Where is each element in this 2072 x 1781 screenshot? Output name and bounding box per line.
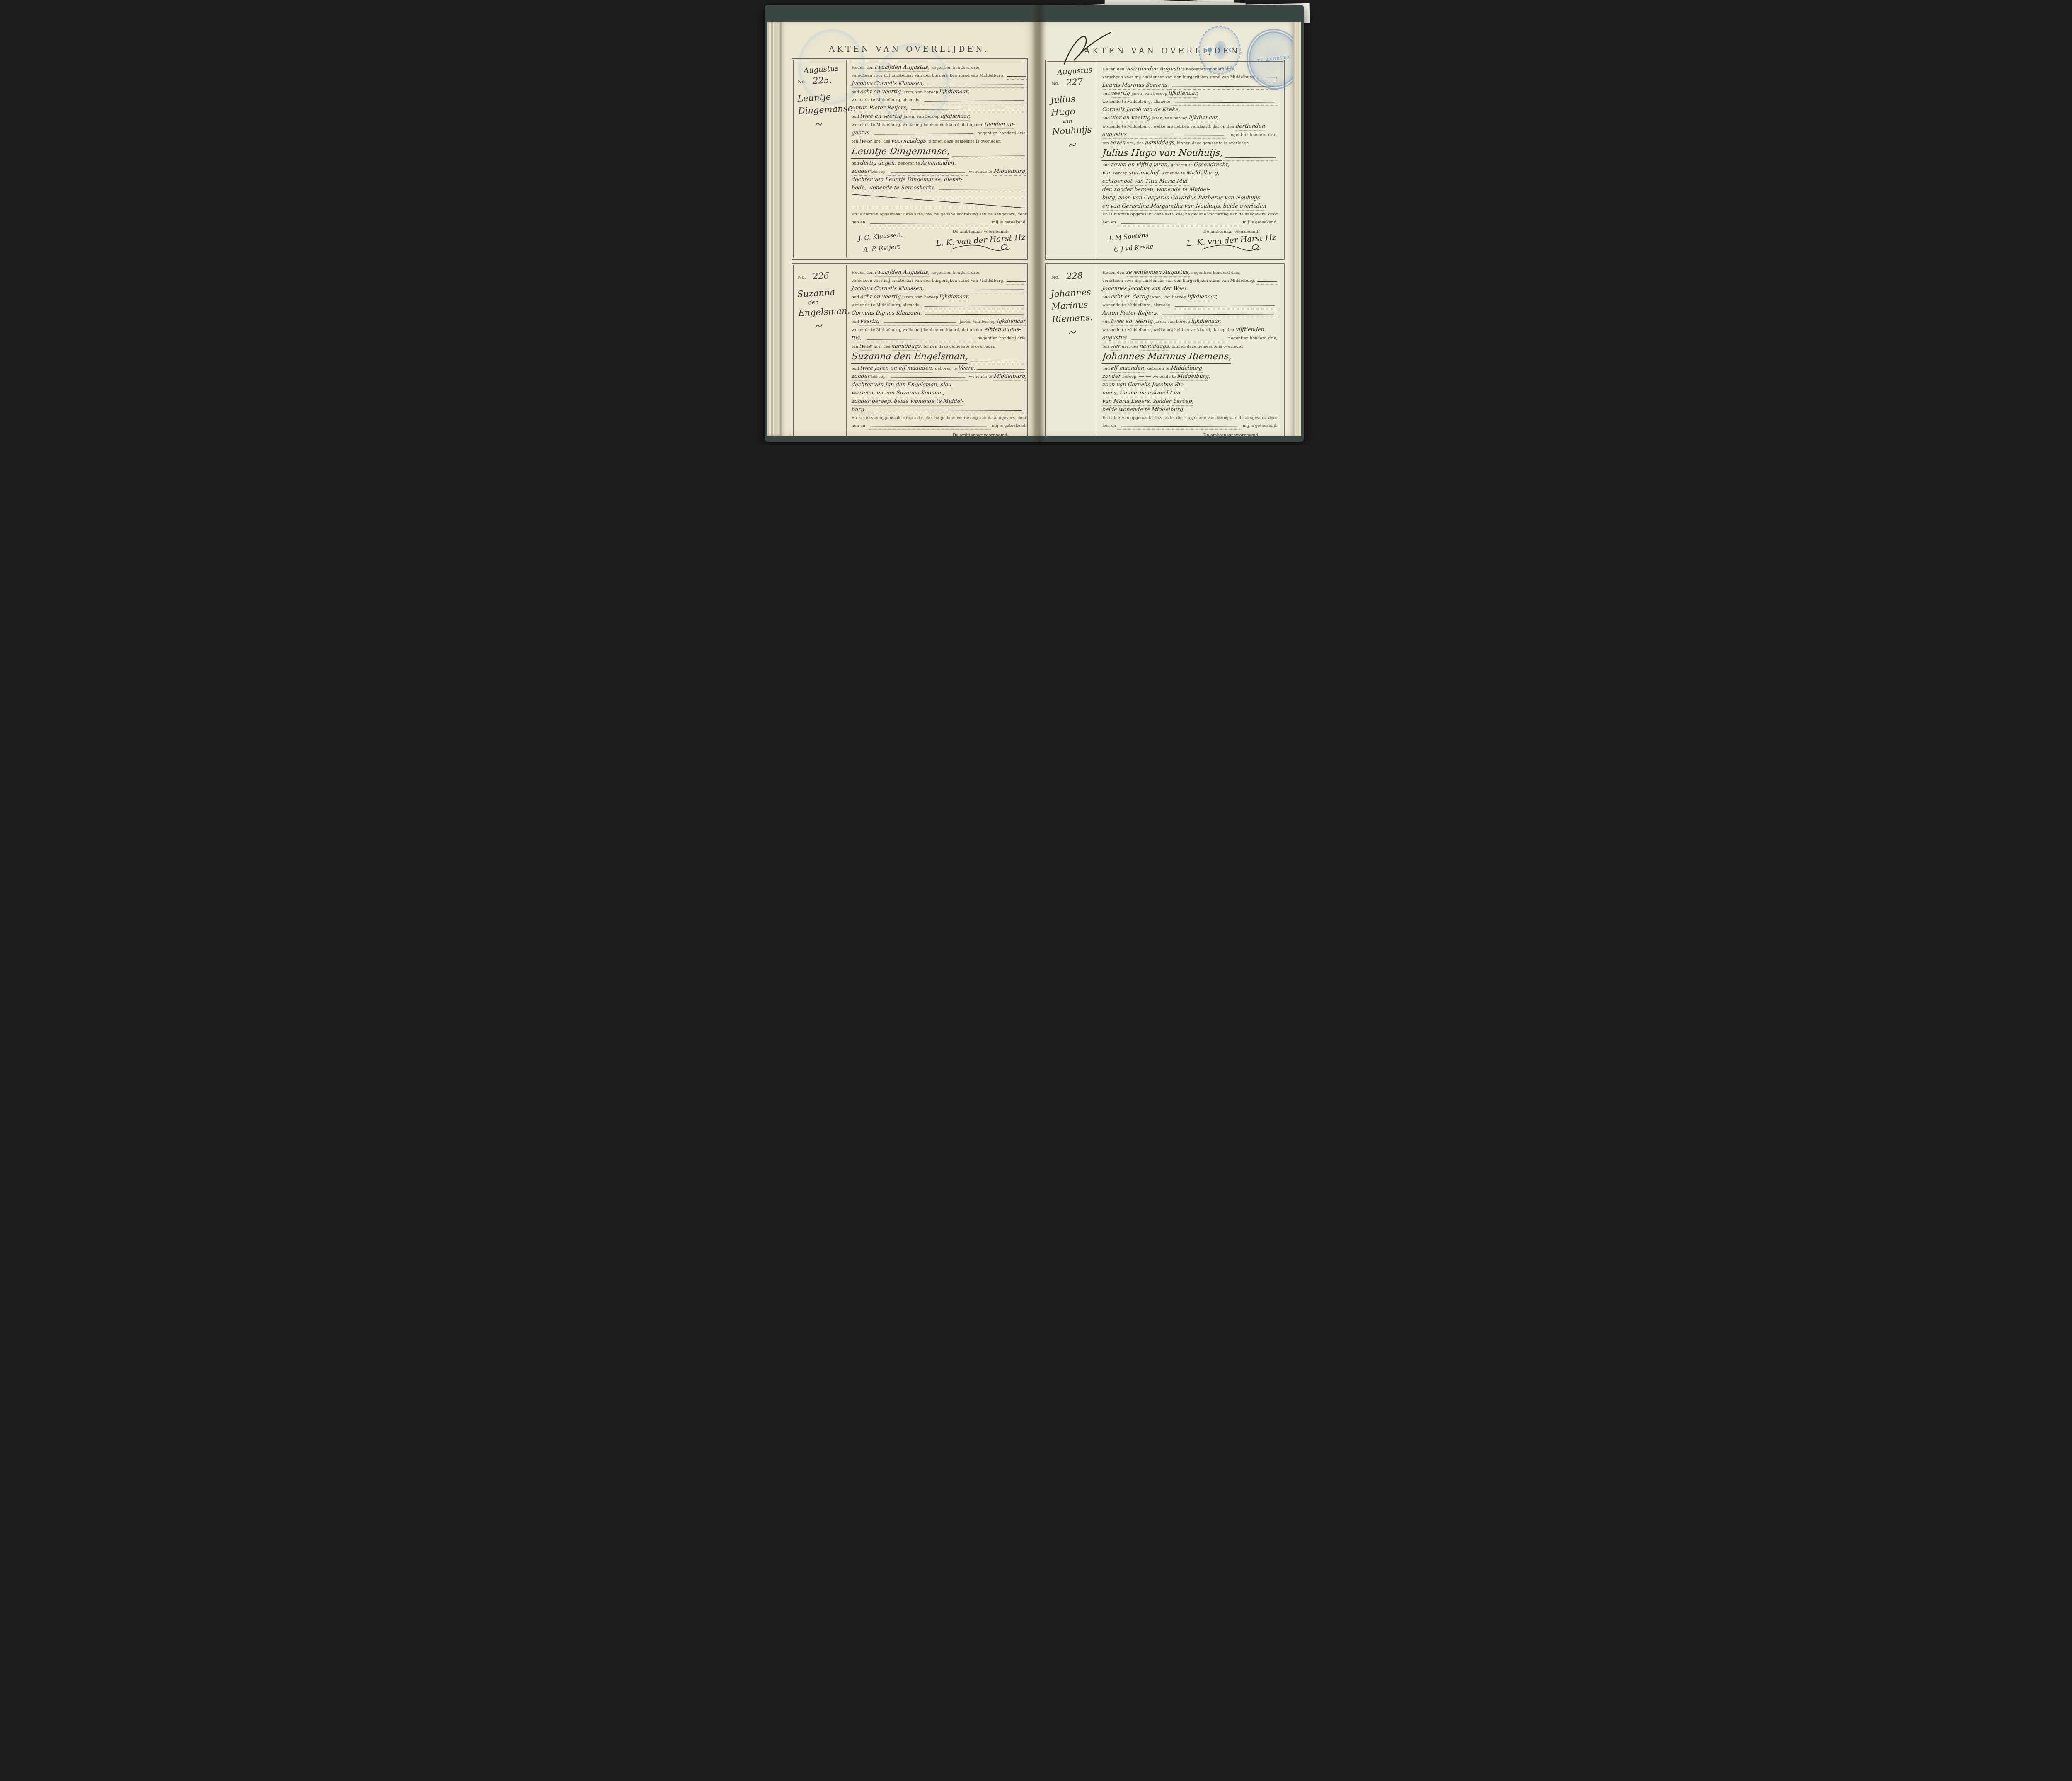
printed-text: jaren, van beroep	[1153, 318, 1192, 326]
ink-rule	[921, 302, 1027, 309]
printed-text: hen en	[1102, 422, 1117, 430]
handwritten-text: voormiddags	[891, 137, 927, 145]
handwritten-text: gustus	[851, 129, 871, 137]
deceased-name: Julius Hugo van Nouhuijs,	[1101, 147, 1224, 161]
act-margin-name: JuliusHugovanNouhuijs	[1050, 92, 1096, 138]
ink-rule	[922, 311, 1027, 317]
act-line: wonende te Middelburg, alsmede	[852, 301, 1027, 309]
act-number: 227	[1066, 77, 1083, 87]
printed-text: mij is geteekend.	[991, 422, 1027, 430]
printed-text: wonende te	[1160, 169, 1186, 177]
act-line: wonende te Middelburg, welke mij hebben …	[852, 121, 1027, 129]
printed-text: ure, des	[1126, 139, 1145, 147]
ink-rule	[867, 423, 990, 430]
handwritten-text: elf maanden,	[1111, 364, 1146, 373]
handwritten-text: tus,	[851, 334, 864, 342]
handwritten-text: vier	[1110, 342, 1121, 351]
handwritten-text: vier en veertig	[1111, 114, 1151, 122]
printed-text: jaren, van beroep	[1150, 114, 1189, 122]
handwritten-text: lijkdienaar,	[1191, 317, 1222, 326]
act-line: Johannes Jacobus van der Weel.	[1102, 285, 1278, 293]
handwritten-text: Cornelis Jacob van de Kreke,	[1102, 106, 1181, 114]
printed-text: ten	[852, 343, 859, 351]
act-margin-name: LeuntjeDingemanse.	[797, 90, 844, 118]
handwritten-text: namiddags	[1144, 139, 1174, 147]
handwritten-text: dertienden	[1235, 122, 1266, 131]
handwritten-text: zeven en vijftig jaren,	[1111, 161, 1170, 169]
handwritten-text: veertig	[860, 317, 881, 326]
ink-rule	[1006, 278, 1027, 285]
printed-text: geboren te	[934, 365, 958, 373]
act-line: Heden den twaalfden Augustus, negentien …	[852, 269, 1027, 277]
ink-rule	[1117, 220, 1241, 226]
handwritten-text: zoon van Cornelis Jacobus Rie-	[1102, 381, 1186, 389]
handwritten-text: namiddags	[1139, 342, 1169, 351]
act-line: ten zeven ure, des namiddags, binnen dez…	[1102, 139, 1278, 147]
printed-text: beroep,	[870, 168, 888, 176]
witness-signature: L M Soetens	[1109, 228, 1186, 242]
printed-text: mij is geteekend.	[991, 218, 1027, 226]
act-line: verscheen voor mij ambtenaar van den bur…	[1102, 277, 1278, 285]
act-line: Jacobus Cornelis Klaassen,	[852, 285, 1027, 293]
ink-rule	[1006, 73, 1027, 80]
printed-text: Heden den	[852, 269, 875, 277]
witness-signature: J. C. Klaassen.	[858, 228, 935, 242]
witness-signatures: J. C. Klaassen.A. P. Reijers	[852, 230, 934, 256]
act-line: oud twee jaren en elf maanden, geboren t…	[852, 364, 1027, 373]
act-number-label: No.	[1051, 275, 1060, 280]
act-line: burg.	[852, 406, 1027, 414]
act-line: en van Gerardina Margaretha van Nouhuijs…	[1102, 202, 1278, 211]
handwritten-text: twee en veertig	[1111, 317, 1153, 326]
ink-rule	[1172, 302, 1278, 309]
act-body: Heden den veertienden Augustus negentien…	[1097, 62, 1283, 258]
act-line: Johannes Marinus Riemens,	[1102, 351, 1278, 364]
handwritten-text: beide wonende te Middelburg.	[1102, 406, 1185, 414]
act-line: wonende te Middelburg, welke mij hebben …	[852, 326, 1027, 334]
ink-rule	[871, 131, 976, 137]
act-line: oud twee en veertig jaren, van beroep li…	[1102, 317, 1278, 326]
registrar-label: De ambtenaar voornoemd:	[1185, 433, 1278, 436]
printed-text: mij is geteekend.	[1242, 422, 1278, 430]
printed-text: negentien honderd drie,	[930, 269, 980, 277]
printed-text: oud	[852, 293, 860, 301]
act-margin-name: JohannesMarinusRiemens.	[1051, 286, 1096, 326]
ink-rule	[924, 81, 1027, 88]
ink-rule	[867, 220, 990, 226]
act-line: wonende te Middelburg, alsmede	[1102, 98, 1278, 106]
ink-rule	[881, 319, 959, 326]
deceased-name: Suzanna den Engelsman,	[851, 351, 969, 364]
handwritten-text: bode, wonende te Serooskerke	[851, 184, 937, 192]
act-line: werman, en van Suzanna Kooman,	[852, 389, 1027, 397]
act-line: verscheen voor mij ambtenaar van den bur…	[852, 277, 1027, 285]
deceased-name: Leuntje Dingemanse,	[851, 145, 951, 159]
printed-text: hen en	[852, 422, 867, 430]
strike-through	[852, 193, 1027, 210]
handwritten-text: Middelburg,	[1177, 373, 1211, 381]
handwritten-text: namiddags	[891, 342, 921, 351]
handwritten-text: — —	[1138, 373, 1152, 381]
act-margin-name-line: Engelsman.	[798, 305, 844, 319]
act-line: zonder beroep, beide wonende te Middel-	[852, 397, 1027, 406]
witness-signatures: J. C. Klaassen.C. D. Klaassen.	[852, 433, 934, 436]
act-number-row: No.225.	[798, 75, 844, 85]
ink-rule	[1169, 83, 1278, 90]
printed-text: negentien honderd drie,	[1227, 334, 1278, 342]
witness-signatures: J. J. vd Weel.A. P. Reijers	[1102, 433, 1185, 436]
handwritten-text: lijkdienaar,	[997, 317, 1027, 326]
act-margin-name-line: Nouhuijs	[1052, 123, 1096, 138]
handwritten-text: lijkdienaar,	[1187, 293, 1218, 301]
acts-column: AugustusNo.227JuliusHugovanNouhuijsHeden…	[1036, 61, 1293, 436]
act-line: Jacobus Cornelis Klaassen,	[852, 80, 1027, 88]
ink-rule	[908, 106, 1026, 112]
printed-text: negentien honderd drie,	[976, 334, 1027, 342]
act-line: zoon van Cornelis Jacobus Rie-	[1102, 381, 1278, 389]
handwritten-text: burg.	[851, 406, 868, 414]
handwritten-text: zonder	[1102, 373, 1121, 381]
ink-rule	[1117, 423, 1241, 430]
act-month: Augustus	[1057, 65, 1094, 77]
left-page: AKTEN VAN OVERLIJDEN. AugustusNo.225.Leu…	[782, 22, 1036, 436]
act-line: oud acht en veertig jaren, van beroep li…	[852, 293, 1027, 301]
ink-rule	[1172, 99, 1278, 106]
ink-rule	[921, 97, 1027, 104]
handwritten-text: lijkdienaar,	[1188, 114, 1219, 122]
handwritten-text: Jacobus Cornelis Klaassen,	[851, 80, 925, 88]
printed-text: En is hiervan opgemaakt deze akte, die, …	[852, 414, 1027, 422]
printed-text: wonende te	[1151, 373, 1177, 381]
printed-text: , binnen deze gemeente is overleden	[926, 138, 1001, 145]
act-line: Anton Pieter Reijers,	[852, 104, 1027, 112]
act-line: beide wonende te Middelburg.	[1102, 406, 1278, 414]
act-line: En is hiervan opgemaakt deze akte, die, …	[1102, 211, 1278, 218]
act-line: oud zeven en vijftig jaren, geboren te O…	[1102, 161, 1278, 169]
registrar-signature-area: De ambtenaar voornoemd:L. K. van der Har…	[1185, 433, 1278, 436]
witness-signatures: L M SoetensC J vd Kreke	[1102, 230, 1185, 256]
ink-rule	[924, 286, 1027, 293]
printed-text: ten	[852, 138, 859, 145]
act-line: wonende te Middelburg, welke mij hebben …	[1102, 326, 1278, 334]
printed-text: beroep	[1112, 169, 1128, 177]
book-scan: AKTEN VAN OVERLIJDEN. AugustusNo.225.Leu…	[729, 0, 1343, 445]
act-margin-name: SuzannadenEngelsman.	[797, 286, 845, 319]
act-line: van Maria Legers, zonder beroep,	[1102, 397, 1278, 406]
printed-text: En is hiervan opgemaakt deze akte, die, …	[1102, 211, 1278, 218]
handwritten-text: twee	[859, 137, 873, 145]
printed-text: geboren te	[1146, 365, 1171, 373]
printed-text: ten	[1102, 139, 1110, 147]
printed-text: , binnen deze gemeente is overleden	[921, 343, 995, 351]
handwritten-text: Leunis Marinus Soetens,	[1102, 81, 1169, 90]
handwritten-text: twaalfden Augustus,	[874, 63, 930, 72]
printed-text: ure, des	[872, 138, 891, 145]
witness-signature: J. J. vd Weel.	[1109, 431, 1186, 436]
printed-text: negentien honderd drie,	[1227, 131, 1278, 139]
handwritten-text: Middelburg,	[1170, 364, 1204, 373]
printed-text: oud	[852, 113, 860, 121]
act-line: Leunis Marinus Soetens,	[1102, 81, 1278, 90]
act-margin: No.226SuzannadenEngelsman.	[794, 265, 847, 436]
printed-text: wonende te Middelburg, welke mij hebben …	[852, 326, 985, 334]
printed-text: oud	[852, 318, 860, 326]
handwritten-text: Veere,	[958, 364, 976, 373]
ink-rule	[975, 366, 1027, 373]
registrar-signature-area: De ambtenaar voornoemd:L. K. van der Har…	[1185, 230, 1278, 256]
act-line: hen en mij is geteekend.	[1102, 218, 1278, 226]
act-margin-name-line: Dingemanse.	[798, 103, 844, 118]
handwritten-text: Jacobus Cornelis Klaassen,	[851, 285, 925, 293]
handwritten-text: der, zonder beroep, wonende te Middel-	[1102, 186, 1210, 194]
act-number-label: No.	[798, 275, 806, 280]
act-line: En is hiervan opgemaakt deze akte, die, …	[852, 414, 1027, 422]
printed-text: ure, des	[1121, 343, 1140, 351]
act-line: dochter van Jan den Engelsman, sjou-	[852, 381, 1027, 389]
ink-rule	[868, 407, 1027, 414]
ink-rule	[888, 169, 968, 176]
handwritten-text: van Maria Legers, zonder beroep,	[1102, 397, 1194, 406]
act-line: tus, negentien honderd drie,	[852, 334, 1027, 342]
act-number-label: No.	[1051, 81, 1060, 86]
act-line: Heden den zeventienden Augustus, negenti…	[1102, 269, 1278, 277]
ink-rule	[863, 336, 976, 342]
ink-rule	[1128, 336, 1227, 342]
handwritten-text: Middelburg,	[1186, 169, 1220, 177]
act-line: oud vier en veertig jaren, van beroep li…	[1102, 114, 1278, 122]
act-month: Augustus	[803, 64, 844, 75]
printed-text: Heden den	[1102, 269, 1126, 277]
printed-text: En is hiervan opgemaakt deze akte, die, …	[1102, 414, 1278, 422]
act-line: ten twee ure, des voormiddags, binnen de…	[852, 137, 1027, 145]
printed-text: , binnen deze gemeente is overleden	[1174, 139, 1249, 147]
handwritten-text: Middelburg,	[993, 167, 1027, 176]
act-line: zonder beroep, wonende te Middelburg,	[852, 167, 1027, 176]
handwritten-text: dochter van Leuntje Dingemanse, dienst-	[851, 176, 963, 184]
printed-text: beroep,	[870, 373, 888, 381]
page-edge-stack	[767, 22, 782, 436]
printed-text: geboren te	[1169, 161, 1194, 169]
printed-text: wonende te	[968, 168, 994, 176]
act-line: burg, zoon van Casparus Govardus Barbaru…	[1102, 194, 1278, 202]
handwritten-text: burg, zoon van Casparus Govardus Barbaru…	[1102, 194, 1261, 202]
printed-text: jaren, van beroep	[1149, 293, 1188, 301]
stamp-currency: C.	[1229, 46, 1236, 54]
handwritten-text: Johannes Jacobus van der Weel.	[1102, 285, 1188, 293]
printed-text: oud	[1102, 365, 1111, 373]
printed-text: wonende te Middelburg, welke mij hebben …	[1102, 326, 1235, 334]
handwritten-text: veertig	[1111, 90, 1130, 98]
printed-text: wonende te	[968, 373, 994, 381]
handwritten-text: echtgenoot van Titia Maria Mul-	[1102, 177, 1190, 186]
act-line: bode, wonende te Serooskerke	[852, 184, 1027, 192]
printed-text: verscheen voor mij ambtenaar van den bur…	[1102, 73, 1256, 81]
ink-rule	[1128, 132, 1227, 139]
handwritten-text: Middelburg,	[993, 373, 1027, 381]
duty-stamp-icon: 50 C. 50 OPCENTEN	[1198, 26, 1241, 75]
witness-signature: J. C. Klaassen.	[858, 431, 935, 436]
handwritten-text: Anton Pieter Reijers,	[851, 104, 908, 112]
act-line: wonende te Middelburg, alsmede	[1102, 301, 1278, 309]
printed-text: En is hiervan opgemaakt deze akte, die, …	[852, 211, 1027, 218]
witness-signature: A. P. Reijers	[863, 240, 935, 254]
handwritten-text: twaalfden Augustus,	[874, 269, 930, 277]
flourish-icon	[1068, 329, 1094, 336]
printed-text: ure, des	[872, 343, 891, 351]
printed-text: jaren, van beroep	[901, 293, 939, 301]
signature-block: J. C. Klaassen.A. P. ReijersDe ambtenaar…	[852, 230, 1027, 256]
printed-text: mij is geteekend.	[1242, 218, 1278, 226]
handwritten-text: lijkdienaar,	[1168, 90, 1199, 98]
printed-text: oud	[1102, 161, 1111, 169]
handwritten-text: Anton Pieter Reijers,	[1102, 309, 1159, 317]
death-act-record: AugustusNo.227JuliusHugovanNouhuijsHeden…	[1047, 61, 1283, 258]
handwritten-text: zonder beroep, beide wonende te Middel-	[851, 397, 964, 406]
handwritten-text: Arnemuiden,	[921, 159, 956, 167]
act-margin: AugustusNo.227JuliusHugovanNouhuijs	[1047, 62, 1097, 258]
printed-text: negentien honderd drie,	[976, 129, 1027, 137]
act-line: En is hiervan opgemaakt deze akte, die, …	[852, 211, 1027, 218]
handwritten-text: acht en veertig	[860, 88, 901, 96]
right-page: 50 C. 50 OPCENTEN TE ZEGELEN AKTEN VAN O…	[1036, 22, 1293, 436]
act-line: En is hiervan opgemaakt deze akte, die, …	[1102, 414, 1278, 422]
handwritten-text: tienden au-	[984, 121, 1015, 129]
registrar-signature-area: De ambtenaar voornoemd:L. K. van der Har…	[934, 230, 1027, 256]
ink-rule	[1159, 311, 1278, 317]
printed-text: oud	[852, 365, 860, 373]
handwritten-text: lijkdienaar,	[940, 112, 971, 121]
act-line: oud acht en dertig jaren, van beroep lij…	[1102, 293, 1278, 301]
act-line: dochter van Leuntje Dingemanse, dienst-	[852, 176, 1027, 184]
deceased-name: Johannes Marinus Riemens,	[1101, 351, 1232, 364]
flourish-icon	[814, 121, 844, 128]
act-line: hen en mij is geteekend.	[1102, 422, 1278, 430]
printed-text: jaren, van beroep	[1130, 90, 1169, 98]
printed-text: wonende te Middelburg, alsmede	[852, 301, 921, 309]
handwritten-text: werman, en van Suzanna Kooman,	[851, 389, 945, 397]
act-line: gustus negentien honderd drie,	[852, 129, 1027, 137]
stamp-label: TE ZEGELEN	[1257, 55, 1291, 63]
handwritten-text: veertienden Augustus	[1126, 65, 1185, 73]
witness-signature: C J vd Kreke	[1114, 240, 1186, 254]
act-line: Anton Pieter Reijers,	[1102, 309, 1278, 317]
act-line: zonder beroep, wonende te Middelburg,	[852, 373, 1027, 381]
act-line: van beroep stationchef, wonende te Midde…	[1102, 169, 1278, 177]
printed-text: wonende te Middelburg, alsmede	[1102, 301, 1172, 309]
handwritten-text: stationchef,	[1128, 169, 1161, 177]
printed-text: oud	[1102, 114, 1111, 122]
act-line: oud veertig jaren, van beroep lijkdienaa…	[1102, 90, 1278, 98]
handwritten-text: twee	[859, 342, 873, 351]
death-act-record: No.226SuzannadenEngelsman.Heden den twaa…	[793, 265, 1026, 436]
ink-rule	[888, 374, 968, 381]
registrar-signature-area: De ambtenaar voornoemd:L. K. van der Har…	[934, 433, 1027, 436]
act-body: Heden den zeventienden Augustus, negenti…	[1097, 265, 1283, 436]
printed-text: verscheen voor mij ambtenaar van den bur…	[1102, 277, 1256, 285]
act-line: Suzanna den Engelsman,	[852, 351, 1027, 364]
act-number: 228	[1066, 271, 1083, 281]
handwritten-text: augustus	[1102, 334, 1129, 342]
signature-block: L M SoetensC J vd KrekeDe ambtenaar voor…	[1102, 230, 1278, 256]
handwritten-text: vijftienden	[1235, 326, 1265, 334]
printed-text: wonende te Middelburg, welke mij hebben …	[1102, 123, 1235, 131]
ink-rule	[950, 152, 1027, 159]
act-margin: AugustusNo.225.LeuntjeDingemanse.	[794, 60, 847, 258]
act-line: augustus negentien honderd drie,	[1102, 334, 1278, 342]
handwritten-text: lijkdienaar,	[939, 293, 970, 301]
act-line: oud twee en veertig jaren, van beroep li…	[852, 112, 1027, 121]
handwritten-text: elfden augus-	[984, 326, 1021, 334]
act-line: oud veertig jaren, van beroep lijkdienaa…	[852, 317, 1027, 326]
printed-text: beroep,	[1121, 373, 1139, 381]
handwritten-text: acht en dertig	[1111, 293, 1150, 301]
signature-block: J. C. Klaassen.C. D. Klaassen.De ambtena…	[852, 433, 1027, 436]
handwritten-text: van	[1102, 169, 1112, 177]
flourish-icon	[1068, 141, 1094, 149]
act-line: Julius Hugo van Nouhuijs,	[1102, 147, 1278, 161]
printed-text: geboren te	[897, 160, 921, 167]
flourish-icon	[814, 322, 844, 330]
printed-text: hen en	[852, 218, 867, 226]
book-cover: AKTEN VAN OVERLIJDEN. AugustusNo.225.Leu…	[765, 5, 1304, 442]
death-act-record: No.228JohannesMarinusRiemens.Heden den z…	[1047, 265, 1283, 436]
act-number-label: No.	[798, 79, 806, 85]
ink-rule	[968, 358, 1026, 364]
ink-rule	[1256, 278, 1278, 285]
handwritten-text: twee en veertig	[860, 112, 903, 121]
act-number-row: No.227	[1051, 77, 1094, 87]
act-line: oud dertig dagen, geboren te Arnemuiden,	[852, 159, 1027, 167]
printed-text: jaren, van beroep	[959, 318, 997, 326]
printed-text: hen en	[1102, 218, 1117, 226]
printed-text: wonende te Middelburg, alsmede	[1102, 98, 1172, 106]
act-line: echtgenoot van Titia Maria Mul-	[1102, 177, 1278, 186]
handwritten-text: acht en veertig	[860, 293, 901, 301]
handwritten-text: zeventienden Augustus,	[1126, 269, 1191, 277]
act-margin: No.228JohannesMarinusRiemens.	[1047, 265, 1097, 436]
printed-text: ten	[1102, 343, 1110, 351]
handwritten-text: zonder	[851, 167, 871, 176]
act-line: hen en mij is geteekend.	[852, 422, 1027, 430]
act-line: wonende te Middelburg, welke mij hebben …	[1102, 122, 1278, 131]
handwritten-text: twee jaren en elf maanden,	[860, 364, 934, 373]
act-number-row: No.228	[1051, 271, 1094, 281]
signature-block: J. J. vd Weel.A. P. ReijersDe ambtenaar …	[1102, 433, 1278, 436]
printed-text: oud	[1102, 90, 1111, 98]
registrar-label: De ambtenaar voornoemd:	[934, 433, 1027, 436]
handwritten-text: en van Gerardina Margaretha van Nouhuijs…	[1102, 202, 1267, 211]
handwritten-text: lijkdienaar,	[939, 88, 970, 96]
printed-text: oud	[1102, 293, 1111, 301]
stamp-value: 50	[1203, 46, 1212, 54]
act-line: zonder beroep, — — wonende te Middelburg…	[1102, 373, 1278, 381]
printed-text: verscheen voor mij ambtenaar van den bur…	[852, 277, 1006, 285]
printed-text: oud	[852, 160, 860, 167]
handwritten-text: mens, timmermansknecht en	[1102, 389, 1181, 397]
act-number: 225.	[812, 75, 832, 86]
act-line: Cornelis Jacob van de Kreke,	[1102, 106, 1278, 114]
handwritten-text: dertig dagen,	[860, 159, 897, 167]
act-number: 226	[812, 271, 829, 281]
printed-text: oud	[1102, 318, 1111, 326]
ink-rule	[1223, 154, 1278, 161]
act-line: hen en mij is geteekend.	[852, 218, 1027, 226]
act-body: Heden den twaalfden Augustus, negentien …	[847, 265, 1032, 436]
handwritten-text: zeven	[1110, 139, 1126, 147]
page-edge-stack	[1293, 22, 1301, 436]
act-line: Leuntje Dingemanse,	[852, 145, 1027, 159]
act-line: Cornelis Dignus Klaassen,	[852, 309, 1027, 317]
